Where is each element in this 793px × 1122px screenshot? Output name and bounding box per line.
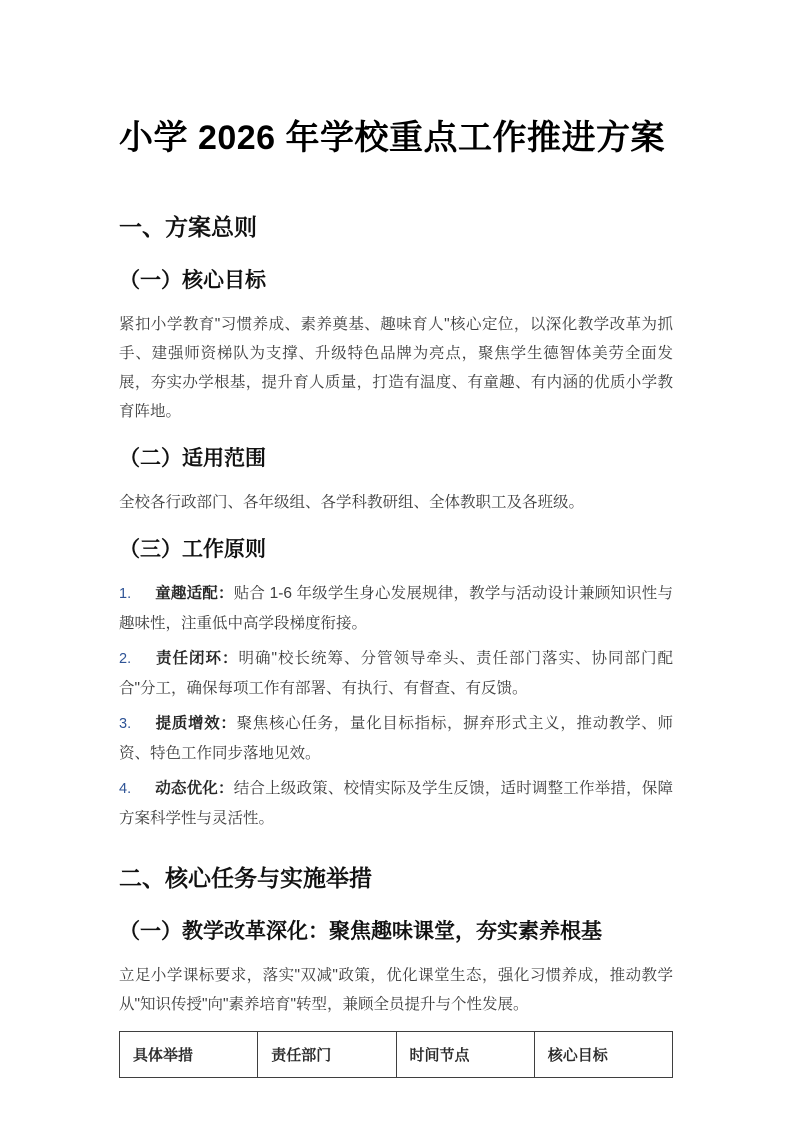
list-item: 1.童趣适配：贴合 1-6 年级学生身心发展规律，教学与活动设计兼顾知识性与趣味… xyxy=(119,579,673,638)
list-number: 3. xyxy=(119,710,155,739)
list-number: 4. xyxy=(119,775,155,804)
list-item-term: 动态优化： xyxy=(155,780,234,797)
section-1-heading: 一、方案总则 xyxy=(119,212,673,242)
table-header-measures: 具体举措 xyxy=(120,1032,258,1078)
section-1-1-heading: （一）核心目标 xyxy=(119,266,673,296)
table-header-department: 责任部门 xyxy=(258,1032,396,1078)
list-number: 1. xyxy=(119,580,155,609)
document-title: 小学 2026 年学校重点工作推进方案 xyxy=(119,116,673,160)
section-1-3-heading: （三）工作原则 xyxy=(119,535,673,565)
list-number: 2. xyxy=(119,645,155,674)
list-item: 3.提质增效：聚焦核心任务，量化目标指标，摒弃形式主义，推动教学、师资、特色工作… xyxy=(119,709,673,768)
scope-paragraph: 全校各行政部门、各年级组、各学科教研组、全体教职工及各班级。 xyxy=(119,488,673,517)
section-1-2-heading: （二）适用范围 xyxy=(119,444,673,474)
section-2-heading: 二、核心任务与实施举措 xyxy=(119,863,673,893)
teaching-reform-paragraph: 立足小学课标要求，落实"双减"政策，优化课堂生态，强化习惯养成，推动教学从"知识… xyxy=(119,961,673,1019)
table-header-timeline: 时间节点 xyxy=(396,1032,534,1078)
work-principles-list: 1.童趣适配：贴合 1-6 年级学生身心发展规律，教学与活动设计兼顾知识性与趣味… xyxy=(119,579,673,833)
list-item-term: 童趣适配： xyxy=(155,585,234,602)
document-page: 小学 2026 年学校重点工作推进方案 一、方案总则 （一）核心目标 紧扣小学教… xyxy=(0,0,793,1122)
list-item-term: 责任闭环： xyxy=(155,650,239,667)
list-item-term: 提质增效： xyxy=(155,715,237,732)
list-item: 4.动态优化：结合上级政策、校情实际及学生反馈，适时调整工作举措，保障方案科学性… xyxy=(119,774,673,833)
section-2-1-heading: （一）教学改革深化：聚焦趣味课堂，夯实素养根基 xyxy=(119,917,673,947)
table-header-row: 具体举措 责任部门 时间节点 核心目标 xyxy=(120,1032,673,1078)
table-header-goal: 核心目标 xyxy=(534,1032,672,1078)
list-item: 2.责任闭环：明确"校长统筹、分管领导牵头、责任部门落实、协同部门配合"分工，确… xyxy=(119,644,673,703)
measures-table: 具体举措 责任部门 时间节点 核心目标 xyxy=(119,1031,673,1078)
core-goal-paragraph: 紧扣小学教育"习惯养成、素养奠基、趣味育人"核心定位，以深化教学改革为抓手、建强… xyxy=(119,310,673,426)
